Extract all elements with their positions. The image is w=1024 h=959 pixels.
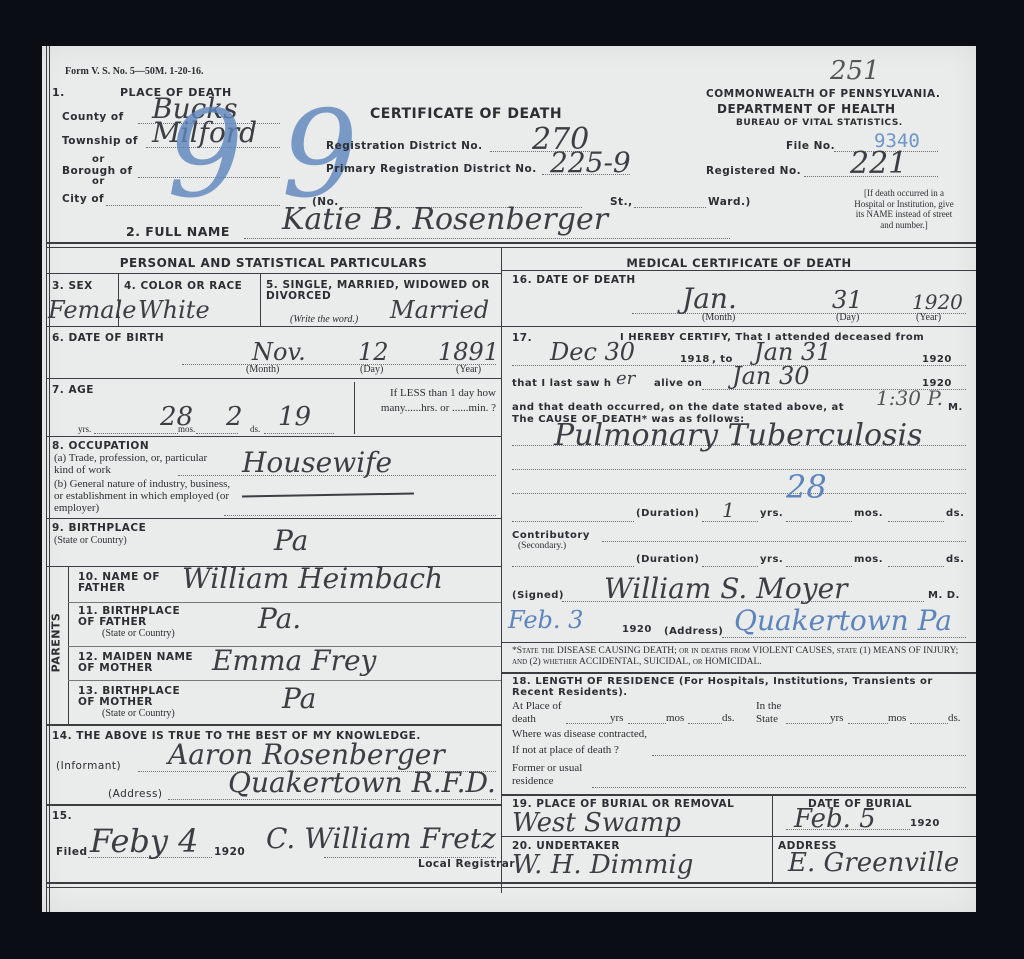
street-label: St., bbox=[610, 196, 633, 208]
signed-date: Feb. 3 bbox=[508, 606, 583, 634]
race-value: White bbox=[138, 296, 210, 324]
date-of-death-label: 16. DATE OF DEATH bbox=[512, 274, 636, 286]
registered-no-value: 221 bbox=[850, 146, 907, 181]
last-saw-date: Jan 30 bbox=[732, 362, 810, 390]
informant-address-label: (Address) bbox=[108, 788, 163, 800]
father-birthplace-sub: (State or Country) bbox=[102, 628, 175, 639]
sex-value: Female bbox=[48, 296, 137, 324]
yrs-label: yrs. bbox=[760, 554, 783, 565]
stamp-number: 251 bbox=[830, 56, 880, 86]
year-caption: (Year) bbox=[916, 312, 941, 323]
yrs-label: yrs bbox=[610, 712, 623, 724]
birthplace-label: 9. BIRTHPLACE bbox=[52, 522, 146, 534]
if-not-label: If not at place of death ? bbox=[512, 744, 619, 756]
undertaker-address-value: E. Greenville bbox=[788, 848, 959, 878]
occupation-a-value: Housewife bbox=[242, 446, 392, 479]
certificate-title: CERTIFICATE OF DEATH bbox=[370, 106, 562, 122]
informant-label: (Informant) bbox=[56, 760, 121, 772]
age-days: 19 bbox=[278, 402, 311, 432]
dob-year: 1891 bbox=[438, 338, 499, 366]
filed-year: 1920 bbox=[214, 846, 245, 858]
primary-district-label: Primary Registration District No. bbox=[326, 163, 537, 175]
occupation-b-dash bbox=[242, 492, 414, 497]
residence-heading: 18. LENGTH OF RESIDENCE (For Hospitals, … bbox=[512, 676, 964, 698]
physician-address-label: (Address) bbox=[664, 626, 723, 637]
township-label: Township of bbox=[62, 135, 138, 147]
column-divider bbox=[501, 248, 502, 893]
duration-label: (Duration) bbox=[636, 554, 699, 565]
duration-months: 28 bbox=[786, 468, 827, 506]
year-caption: (Year) bbox=[456, 364, 481, 375]
occupation-b-label: (b) General nature of industry, business… bbox=[54, 478, 236, 514]
mos-label: mos. bbox=[854, 508, 883, 519]
death-time-suffix: M. bbox=[948, 402, 963, 413]
yrs-label: yrs bbox=[830, 712, 843, 724]
birthplace-sub: (State or Country) bbox=[54, 535, 127, 546]
day-caption: (Day) bbox=[836, 312, 859, 323]
signed-label: (Signed) bbox=[512, 590, 564, 601]
ds-label: ds. bbox=[722, 712, 735, 724]
where-contracted-label: Where was disease contracted, bbox=[512, 728, 647, 740]
section-15-label: 15. bbox=[52, 810, 72, 822]
attended-from-year: 1918 bbox=[680, 354, 710, 365]
father-birthplace-label: 11. BIRTHPLACE OF FATHER bbox=[78, 606, 198, 628]
yrs-caption: yrs. bbox=[78, 424, 91, 434]
dob-label: 6. DATE OF BIRTH bbox=[52, 332, 164, 344]
physician-address: Quakertown Pa bbox=[734, 604, 952, 637]
commonwealth-label: COMMONWEALTH OF PENNSYLVANIA. bbox=[706, 88, 940, 100]
mos-label: mos bbox=[888, 712, 906, 724]
contributory-sub: (Secondary.) bbox=[518, 541, 566, 551]
ds-label: ds. bbox=[946, 554, 964, 565]
to-label: , to bbox=[712, 354, 733, 365]
medical-heading: MEDICAL CERTIFICATE OF DEATH bbox=[502, 256, 976, 270]
attended-from: Dec 30 bbox=[550, 338, 635, 366]
left-border bbox=[46, 46, 47, 912]
reg-district-label: Registration District No. bbox=[326, 140, 483, 152]
department-label: DEPARTMENT OF HEALTH bbox=[717, 102, 896, 116]
section-17-label: 17. bbox=[512, 332, 532, 344]
mother-name-label: 12. MAIDEN NAME OF MOTHER bbox=[78, 652, 208, 674]
burial-place-value: West Swamp bbox=[512, 808, 681, 838]
age-months: 2 bbox=[226, 402, 243, 432]
mos-label: mos bbox=[666, 712, 684, 724]
month-caption: (Month) bbox=[702, 312, 735, 323]
undertaker-value: W. H. Dimmig bbox=[512, 850, 693, 880]
day-caption: (Day) bbox=[360, 364, 383, 375]
occupation-label: 8. OCCUPATION bbox=[52, 440, 149, 452]
informant-address-value: Quakertown R.F.D. bbox=[228, 766, 496, 799]
father-birthplace-value: Pa. bbox=[258, 602, 301, 635]
registered-no-label: Registered No. bbox=[706, 165, 801, 177]
month-caption: (Month) bbox=[246, 364, 279, 375]
race-label: 4. COLOR OR RACE bbox=[124, 280, 242, 292]
occupation-a-label: (a) Trade, profession, or, particular ki… bbox=[54, 452, 224, 476]
bureau-label: BUREAU OF VITAL STATISTICS. bbox=[736, 118, 903, 128]
death-day: 31 bbox=[832, 286, 863, 314]
death-time: 1:30 P. bbox=[876, 386, 943, 410]
death-month: Jan. bbox=[682, 282, 737, 315]
mother-birthplace-value: Pa bbox=[282, 682, 316, 715]
marital-hint: (Write the word.) bbox=[290, 314, 358, 325]
at-place-label: At Place of death bbox=[512, 700, 572, 726]
burial-year: 1920 bbox=[910, 818, 940, 829]
death-time-text: and that death occurred, on the date sta… bbox=[512, 402, 844, 413]
yrs-label: yrs. bbox=[760, 508, 783, 519]
parents-side-label: PARENTS bbox=[50, 603, 63, 683]
death-certificate: Form V. S. No. 5—50M. 1-20-16. 251 1. PL… bbox=[42, 46, 976, 912]
city-label: City of bbox=[62, 193, 104, 205]
filed-date: Feby 4 bbox=[90, 822, 198, 860]
last-saw-prefix: that I last saw h bbox=[512, 378, 612, 389]
physician-signature: William S. Moyer bbox=[604, 572, 848, 605]
former-residence-label: Former or usual residence bbox=[512, 762, 602, 788]
father-name-value: William Heimbach bbox=[182, 562, 443, 595]
mother-birthplace-sub: (State or Country) bbox=[102, 708, 175, 719]
signed-year: 1920 bbox=[622, 624, 652, 635]
ds-label: ds. bbox=[948, 712, 961, 724]
birthplace-value: Pa bbox=[274, 524, 308, 557]
file-no-label: File No. bbox=[786, 140, 835, 152]
age-label: 7. AGE bbox=[52, 384, 94, 396]
or-label: or bbox=[92, 176, 105, 187]
father-name-label: 10. NAME OF FATHER bbox=[78, 572, 188, 594]
ds-caption: ds. bbox=[250, 424, 260, 434]
ds-label: ds. bbox=[946, 508, 964, 519]
registrar-label: Local Registrar bbox=[418, 858, 515, 870]
personal-heading: PERSONAL AND STATISTICAL PARTICULARS bbox=[46, 256, 501, 270]
ward-label: Ward.) bbox=[708, 196, 751, 208]
hospital-note: [If death occurred in a Hospital or Inst… bbox=[852, 188, 956, 230]
footnote: *State the DISEASE CAUSING DEATH; or in … bbox=[512, 646, 964, 668]
full-name-value: Katie B. Rosenberger bbox=[282, 202, 608, 237]
duration-label: (Duration) bbox=[636, 508, 699, 519]
left-border-inner bbox=[49, 46, 50, 912]
cause-value: Pulmonary Tuberculosis bbox=[554, 418, 922, 453]
mos-label: mos. bbox=[854, 554, 883, 565]
contributory-label: Contributory bbox=[512, 530, 590, 541]
form-number: Form V. S. No. 5—50M. 1-20-16. bbox=[65, 66, 204, 77]
dob-day: 12 bbox=[358, 338, 389, 366]
mother-name-value: Emma Frey bbox=[212, 644, 376, 677]
less-than-day-note: If LESS than 1 day how many......hrs. or… bbox=[362, 386, 496, 416]
death-year: 1920 bbox=[912, 290, 963, 314]
sex-label: 3. SEX bbox=[52, 280, 93, 292]
primary-district-value: 225-9 bbox=[550, 146, 631, 179]
dob-month: Nov. bbox=[252, 338, 306, 366]
filed-label: Filed bbox=[56, 846, 88, 858]
duration-years: 1 bbox=[722, 498, 735, 522]
last-saw-pronoun: er bbox=[616, 368, 635, 389]
registrar-signature: C. William Fretz bbox=[266, 822, 496, 855]
md-label: M. D. bbox=[928, 590, 960, 601]
alive-on-label: alive on bbox=[654, 378, 702, 389]
or-label: or bbox=[92, 154, 105, 165]
attended-to-year: 1920 bbox=[922, 354, 952, 365]
section-1-label: 1. bbox=[52, 86, 65, 99]
full-name-label: 2. FULL NAME bbox=[126, 224, 230, 239]
county-label: County of bbox=[62, 111, 124, 123]
mos-caption: mos. bbox=[178, 424, 195, 434]
marital-value: Married bbox=[390, 296, 489, 324]
mother-birthplace-label: 13. BIRTHPLACE OF MOTHER bbox=[78, 686, 198, 708]
